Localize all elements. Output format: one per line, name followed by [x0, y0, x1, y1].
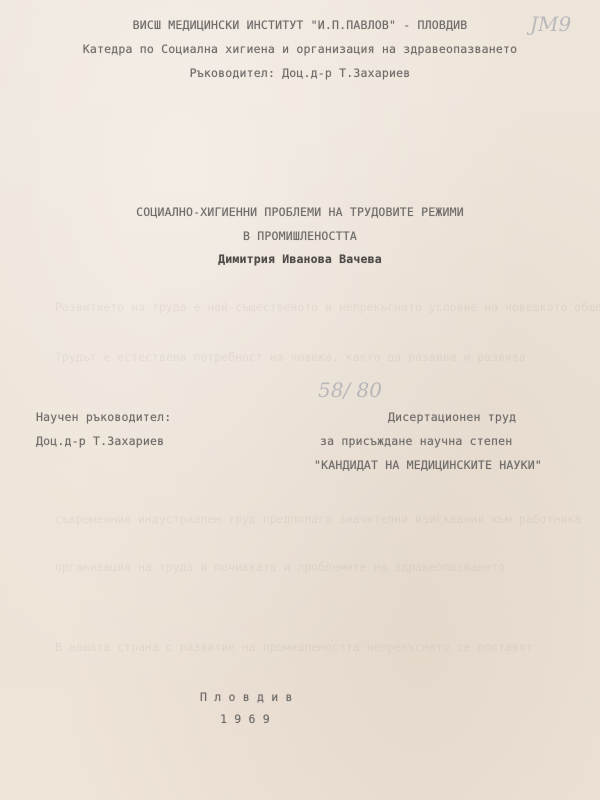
- institution-name: ВИСШ МЕДИЦИНСКИ ИНСТИТУТ "И.П.ПАВЛОВ" - …: [0, 18, 600, 32]
- city: П л о в д и в: [200, 690, 290, 704]
- supervisor-name: Доц.д-р Т.Захариев: [36, 434, 164, 448]
- thesis-type: Дисертационен труд: [388, 410, 516, 424]
- bleed-through-text: Развитието на труда е най-същественото и…: [55, 300, 600, 314]
- author-name: Димитрия Иванова Вачева: [0, 252, 600, 266]
- supervisor-label: Научен ръководител:: [36, 410, 171, 424]
- scanned-page: Развитието на труда е най-същественото и…: [0, 0, 600, 800]
- department-name: Катедра по Социална хигиена и организаци…: [0, 42, 600, 56]
- handwritten-catalog-number: 58/ 80: [318, 378, 382, 402]
- bleed-through-text: организация на труда и почивката и пробл…: [55, 560, 505, 574]
- degree-name: "КАНДИДАТ НА МЕДИЦИНСКИТЕ НАУКИ": [314, 458, 542, 472]
- thesis-purpose: за присъждане научна степен: [320, 434, 512, 448]
- year: 1 9 6 9: [200, 712, 290, 726]
- bleed-through-text: съвременния индустриален труд предполага…: [55, 512, 581, 526]
- bleed-through-text: Трудът е естествена потребност на човека…: [55, 350, 526, 364]
- thesis-title-line1: СОЦИАЛНО-ХИГИЕННИ ПРОБЛЕМИ НА ТРУДОВИТЕ …: [0, 205, 600, 219]
- thesis-title-line2: В ПРОМИШЛЕНОСТТА: [0, 229, 600, 243]
- bleed-through-text: В нашата страна с развитие на промишлено…: [55, 640, 533, 654]
- department-head: Ръководител: Доц.д-р Т.Захариев: [0, 66, 600, 80]
